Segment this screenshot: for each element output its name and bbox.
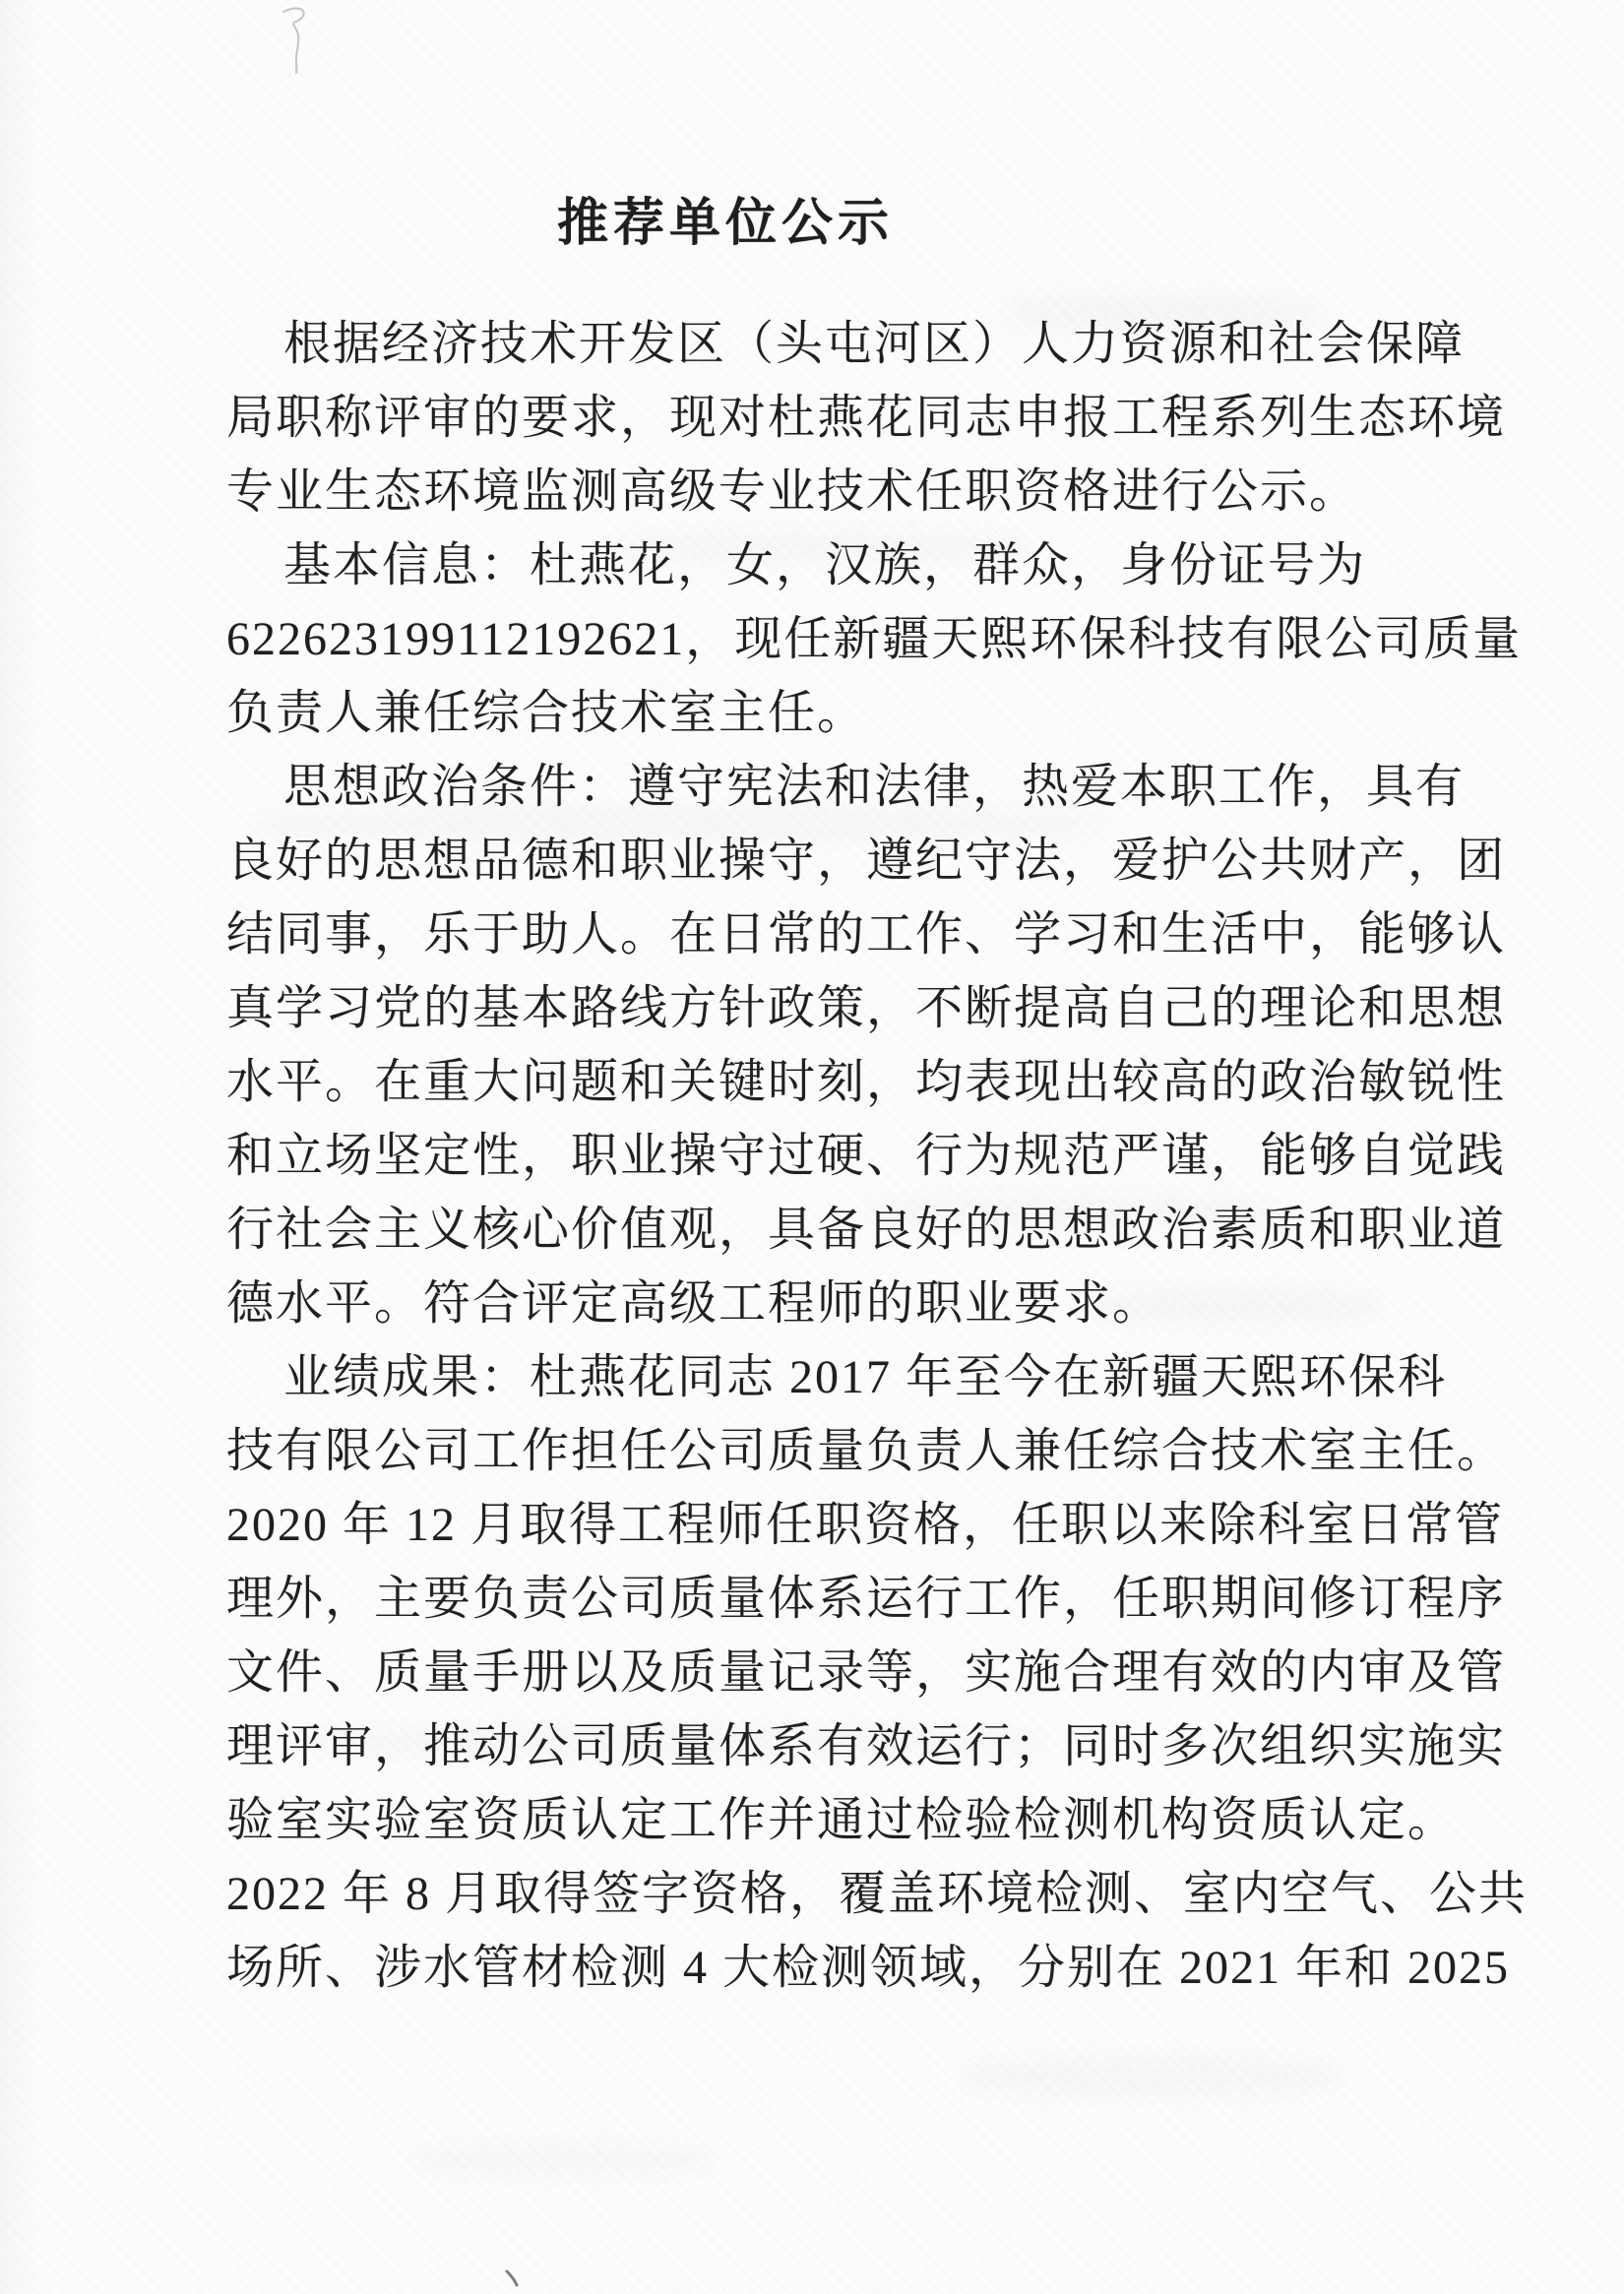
text-line: 技有限公司工作担任公司质量负责人兼任综合技术室主任。 [226, 1414, 1457, 1488]
text-line: 文件、质量手册以及质量记录等，实施合理有效的内审及管 [226, 1636, 1457, 1709]
paragraph-basic-info: 基本信息：杜燕花，女，汉族，群众，身份证号为622623199112192621… [226, 528, 1457, 750]
bleed-through-smudge [965, 2057, 1339, 2096]
text-line: 理外，主要负责公司质量体系运行工作，任职期间修订程序 [226, 1562, 1457, 1636]
text-line: 业绩成果：杜燕花同志 2017 年至今在新疆天熙环保科 [226, 1340, 1457, 1414]
scan-squiggle-artifact [264, 4, 327, 75]
text-line: 行社会主义核心价值观，具备良好的思想政治素质和职业道 [226, 1193, 1457, 1267]
paragraph-achievements: 业绩成果：杜燕花同志 2017 年至今在新疆天熙环保科技有限公司工作担任公司质量… [226, 1340, 1457, 2005]
text-line: 真学习党的基本路线方针政策，不断提高自己的理论和思想 [226, 971, 1457, 1045]
paragraph-intro: 根据经济技术开发区（头屯河区）人力资源和社会保障局职称评审的要求，现对杜燕花同志… [226, 307, 1457, 528]
text-line: 局职称评审的要求，现对杜燕花同志申报工程系列生态环境 [226, 381, 1457, 455]
scanned-page: 推荐单位公示 根据经济技术开发区（头屯河区）人力资源和社会保障局职称评审的要求，… [0, 0, 1624, 2294]
text-line: 专业生态环境监测高级专业技术任职资格进行公示。 [226, 455, 1457, 528]
text-line: 2022 年 8 月取得签字资格，覆盖环境检测、室内空气、公共 [226, 1857, 1457, 1931]
text-line: 验室实验室资质认定工作并通过检验检测机构资质认定。 [226, 1783, 1457, 1857]
text-line: 2020 年 12 月取得工程师任职资格，任职以来除科室日常管 [226, 1488, 1457, 1562]
text-line: 和立场坚定性，职业操守过硬、行为规范严谨，能够自觉践 [226, 1119, 1457, 1193]
text-line: 德水平。符合评定高级工程师的职业要求。 [226, 1267, 1457, 1340]
bleed-through-smudge [413, 2145, 709, 2175]
text-line: 根据经济技术开发区（头屯河区）人力资源和社会保障 [226, 307, 1457, 381]
text-line: 理评审，推动公司质量体系有效运行；同时多次组织实施实 [226, 1709, 1457, 1783]
text-line: 水平。在重大问题和关键时刻，均表现出较高的政治敏锐性 [226, 1045, 1457, 1119]
text-line: 良好的思想品德和职业操守，遵纪守法，爱护公共财产，团 [226, 824, 1457, 898]
text-line: 场所、涉水管材检测 4 大检测领域，分别在 2021 年和 2025 [226, 1931, 1457, 2005]
page-title: 推荐单位公示 [110, 185, 1341, 264]
text-line: 思想政治条件：遵守宪法和法律，热爱本职工作，具有 [226, 750, 1457, 824]
text-line: 622623199112192621，现任新疆天熙环保科技有限公司质量 [226, 602, 1457, 676]
text-line: 负责人兼任综合技术室主任。 [226, 676, 1457, 750]
paragraph-political-qualities: 思想政治条件：遵守宪法和法律，热爱本职工作，具有良好的思想品德和职业操守，遵纪守… [226, 750, 1457, 1340]
text-line: 结同事，乐于助人。在日常的工作、学习和生活中，能够认 [226, 898, 1457, 971]
document-body: 推荐单位公示 根据经济技术开发区（头屯河区）人力资源和社会保障局职称评审的要求，… [226, 185, 1457, 2005]
scan-tick-artifact [504, 2269, 520, 2287]
text-line: 基本信息：杜燕花，女，汉族，群众，身份证号为 [226, 528, 1457, 602]
